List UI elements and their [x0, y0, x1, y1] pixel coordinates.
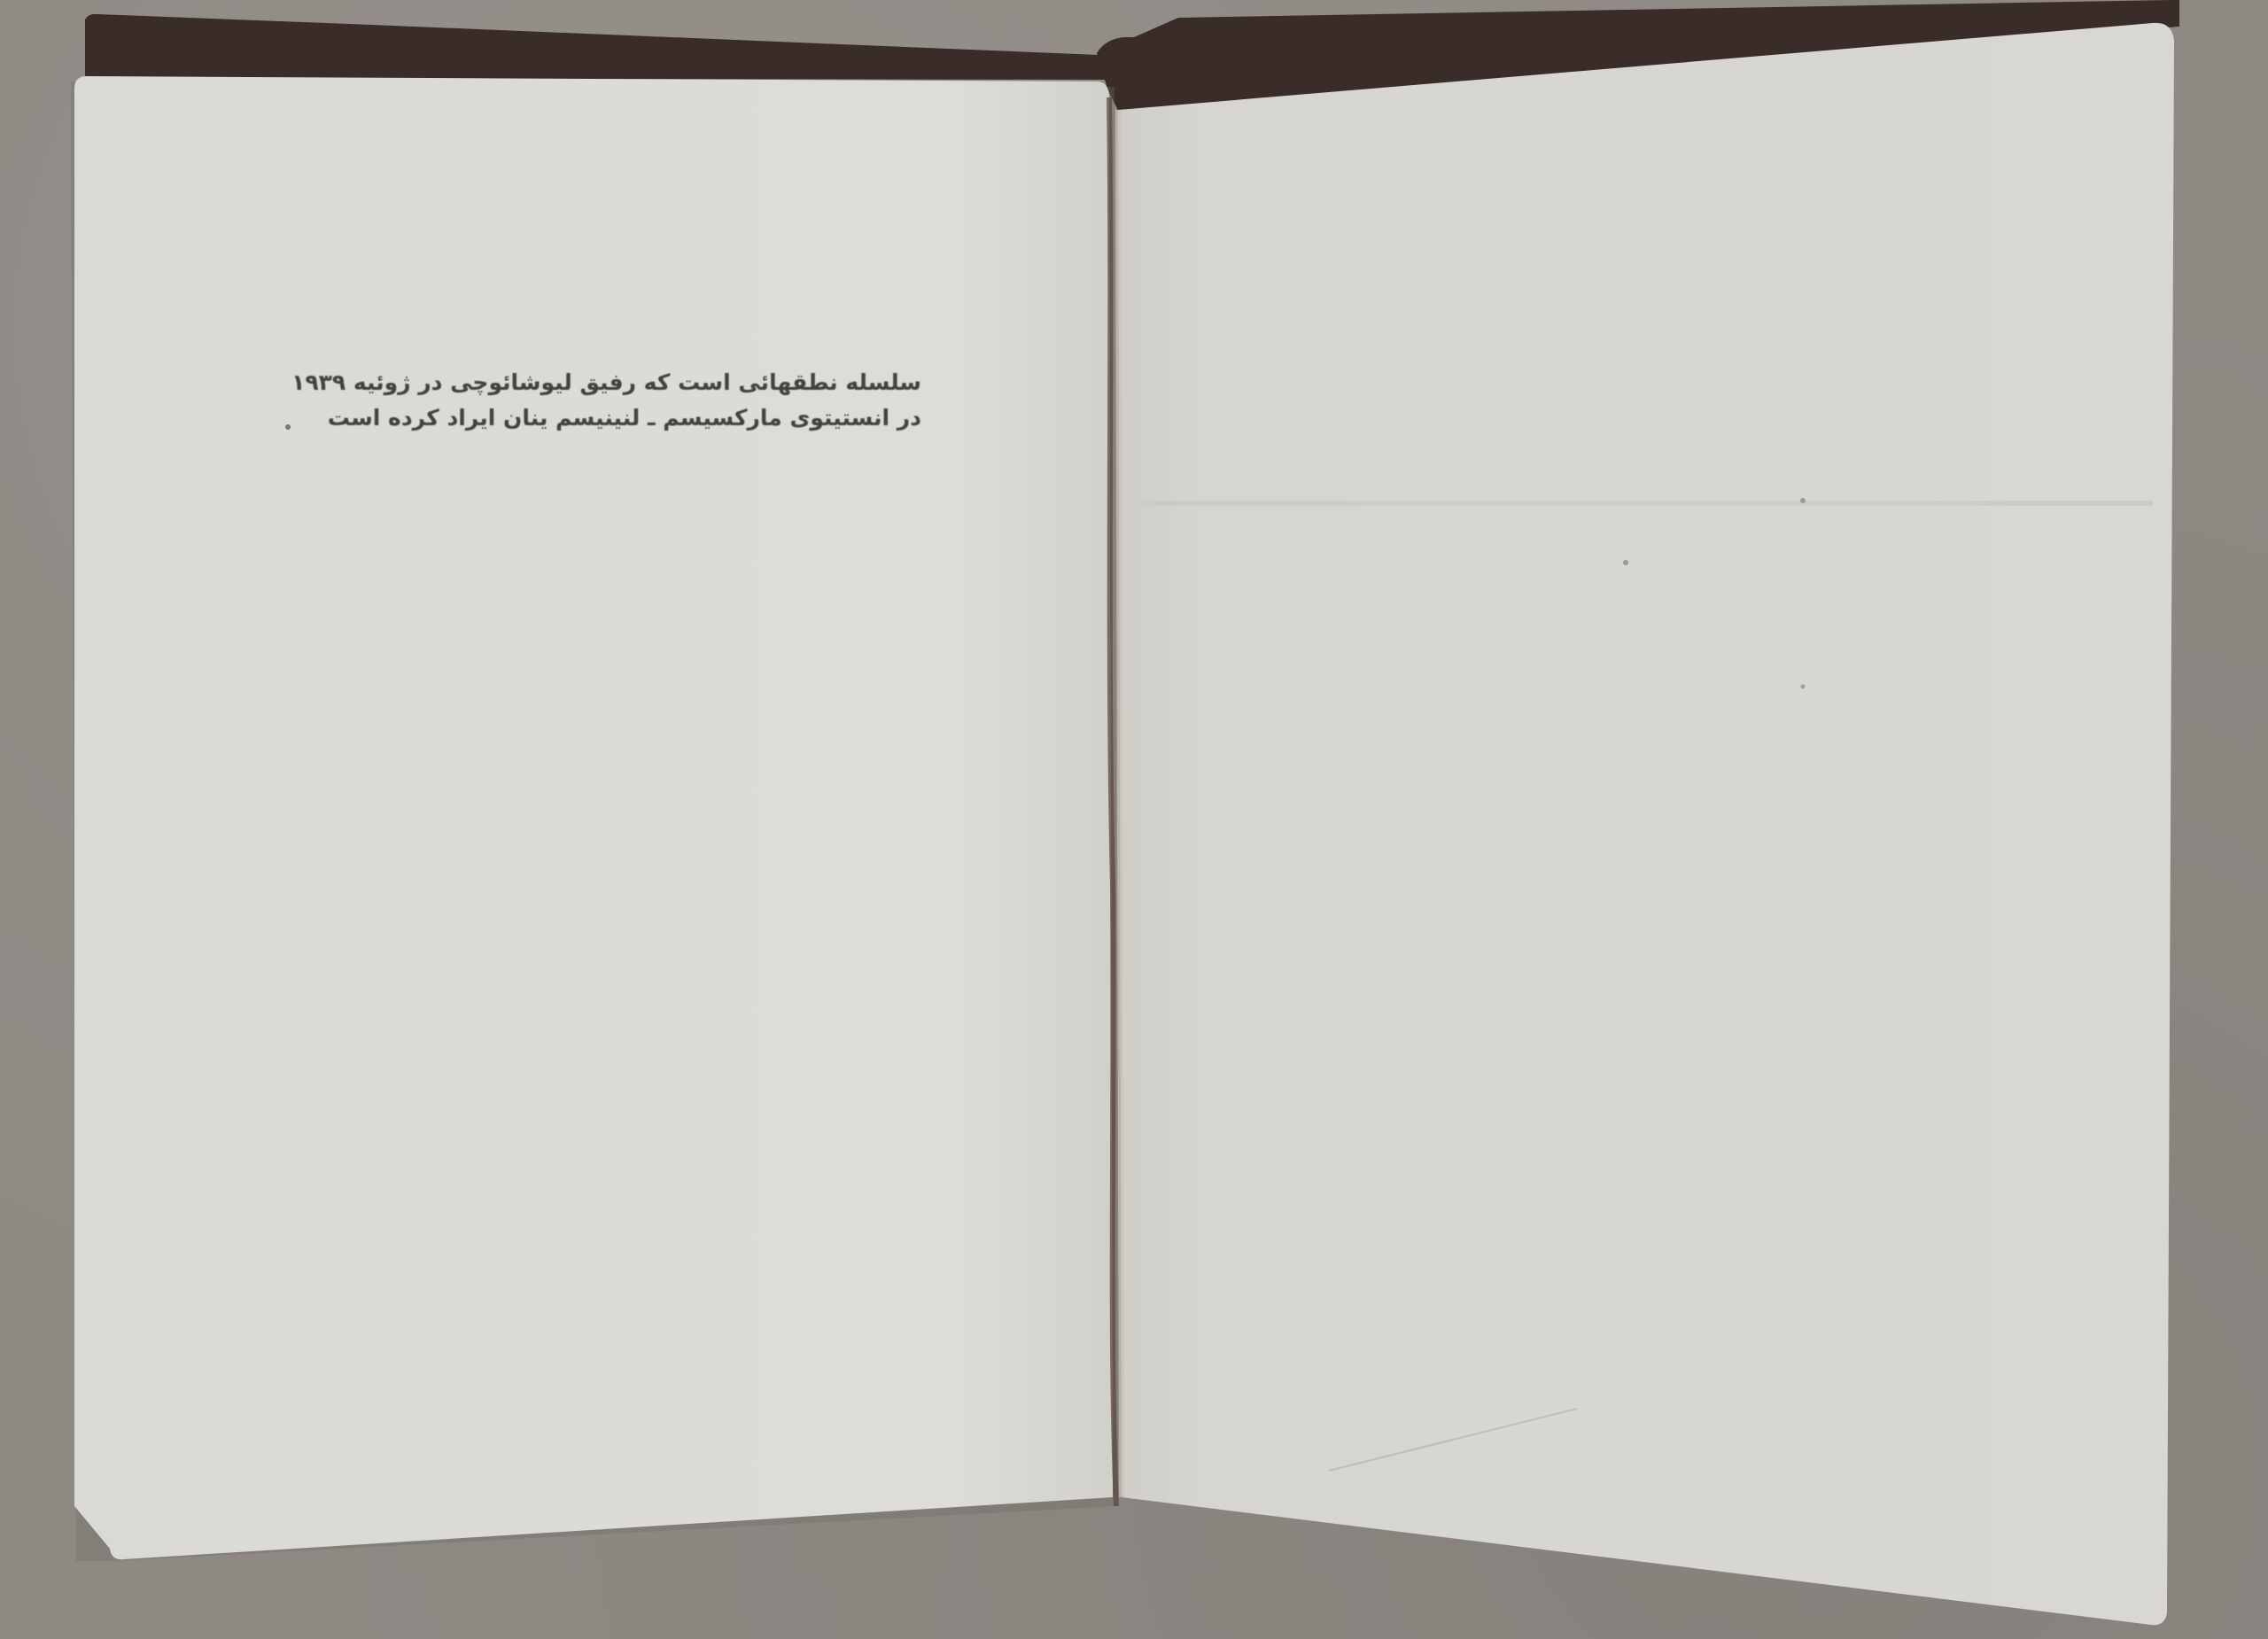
speck [1623, 560, 1628, 565]
left-page-caption: سلسله نطقهائی است که رفیق لیوشائوچی در ژ… [372, 365, 921, 436]
caption-line-1: سلسله نطقهائی است که رفیق لیوشائوچی در ژ… [372, 365, 921, 400]
speck [1801, 685, 1806, 689]
left-page [74, 76, 1113, 1559]
bleed-through-line [1143, 501, 2153, 506]
speck [1800, 498, 1806, 503]
open-book [0, 0, 2268, 1639]
cover-left-top [85, 14, 1109, 80]
caption-line-2: در انستیتوی مارکسیسم ـ لنینیسم ینان ایرا… [372, 400, 921, 436]
speck [285, 424, 291, 430]
right-page [1118, 23, 2174, 1625]
spine-highlight [1118, 110, 1122, 1497]
